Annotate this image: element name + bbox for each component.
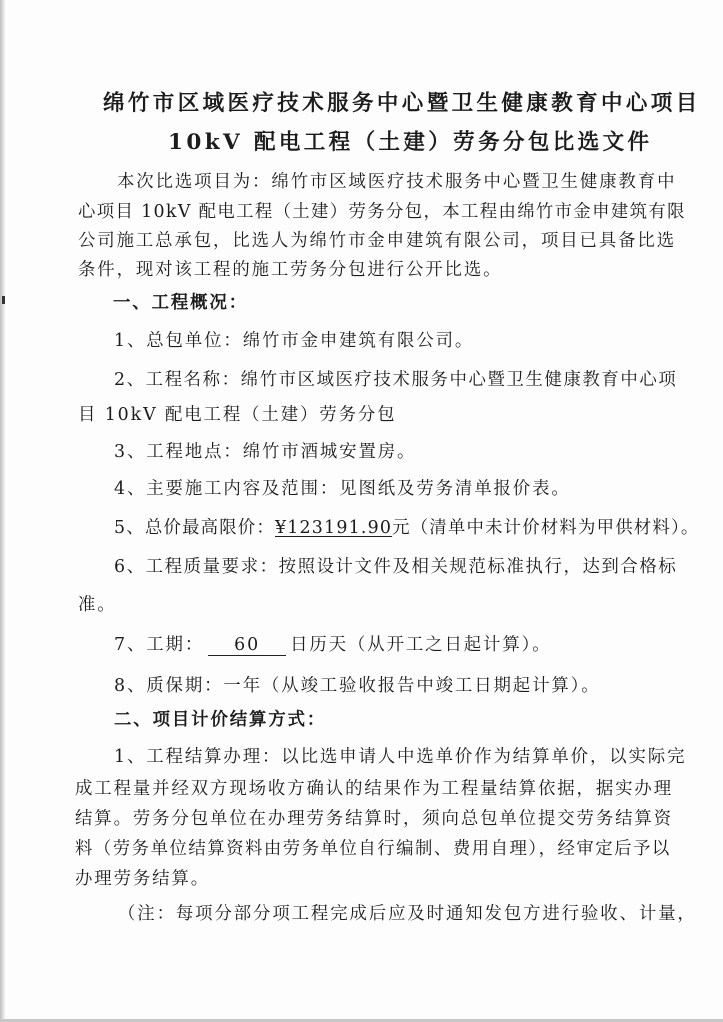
intro-line-2: 心项目 10kV 配电工程（土建）劳务分包，本工程由绵竹市金申建筑有限 bbox=[78, 201, 686, 223]
item-5-suffix: 元（清单中未计价材料为甲供材料）。 bbox=[392, 518, 699, 538]
settlement-line-2: 成工程量并经双方现场收方确认的结果作为工程量结算依据，据实办理 bbox=[75, 778, 673, 800]
price-cap-amount: ¥123191.90 bbox=[275, 518, 392, 538]
item-6-line-1: 6、工程质量要求：按照设计文件及相关规范标准执行，达到合格标 bbox=[114, 556, 677, 578]
section-1-heading: 一、工程概况： bbox=[113, 292, 248, 314]
item-2-line-1: 2、工程名称：绵竹市区域医疗技术服务中心暨卫生健康教育中心项 bbox=[114, 369, 677, 391]
item-3: 3、工程地点：绵竹市酒城安置房。 bbox=[114, 441, 416, 463]
intro-line-1: 本次比选项目为：绵竹市区域医疗技术服务中心暨卫生健康教育中 bbox=[117, 171, 676, 193]
intro-line-4: 条件，现对该工程的施工劳务分包进行公开比选。 bbox=[78, 259, 502, 281]
settlement-note: （注：每项分部分项工程完成后应及时通知发包方进行验收、计量， bbox=[118, 903, 697, 925]
item-7-suffix: 日历天（从开工之日起计算）。 bbox=[290, 635, 551, 655]
item-8: 8、质保期：一年（从竣工验收报告中竣工日期起计算）。 bbox=[114, 675, 601, 697]
document-title-line-2: 10kV 配电工程（土建）劳务分包比选文件 bbox=[168, 129, 652, 157]
page-edge bbox=[0, 0, 5, 1022]
settlement-line-1: 1、工程结算办理：以比选申请人中选单价作为结算单价，以实际完 bbox=[114, 746, 686, 768]
item-4: 4、主要施工内容及范围：见图纸及劳务清单报价表。 bbox=[114, 478, 571, 500]
item-5-label: 5、总价最高限价： bbox=[114, 518, 275, 538]
item-1: 1、总包单位：绵竹市金申建筑有限公司。 bbox=[114, 330, 474, 352]
scan-mark bbox=[2, 296, 5, 304]
item-5: 5、总价最高限价：¥123191.90元（清单中未计价材料为甲供材料）。 bbox=[114, 517, 699, 539]
settlement-line-3: 结算。劳务分包单位在办理劳务结算时，须向总包单位提交劳务结算资 bbox=[75, 808, 673, 830]
item-2-line-2: 目 10kV 配电工程（土建）劳务分包 bbox=[78, 404, 396, 426]
document-title-line-1: 绵竹市区域医疗技术服务中心暨卫生健康教育中心项目 bbox=[103, 90, 701, 118]
settlement-line-5: 办理劳务结算。 bbox=[75, 868, 210, 890]
item-7: 7、工期：60日历天（从开工之日起计算）。 bbox=[114, 634, 552, 656]
settlement-line-4: 料（劳务单位结算资料由劳务单位自行编制、费用自理），经审定后予以 bbox=[75, 838, 671, 860]
section-2-heading: 二、项目计价结算方式： bbox=[114, 709, 326, 731]
item-7-label: 7、工期： bbox=[114, 635, 204, 655]
item-6-line-2: 准。 bbox=[78, 594, 117, 616]
duration-days-field: 60 bbox=[208, 635, 286, 656]
intro-line-3: 公司施工总承包，比选人为绵竹市金申建筑有限公司，项目已具备比选 bbox=[78, 230, 676, 252]
